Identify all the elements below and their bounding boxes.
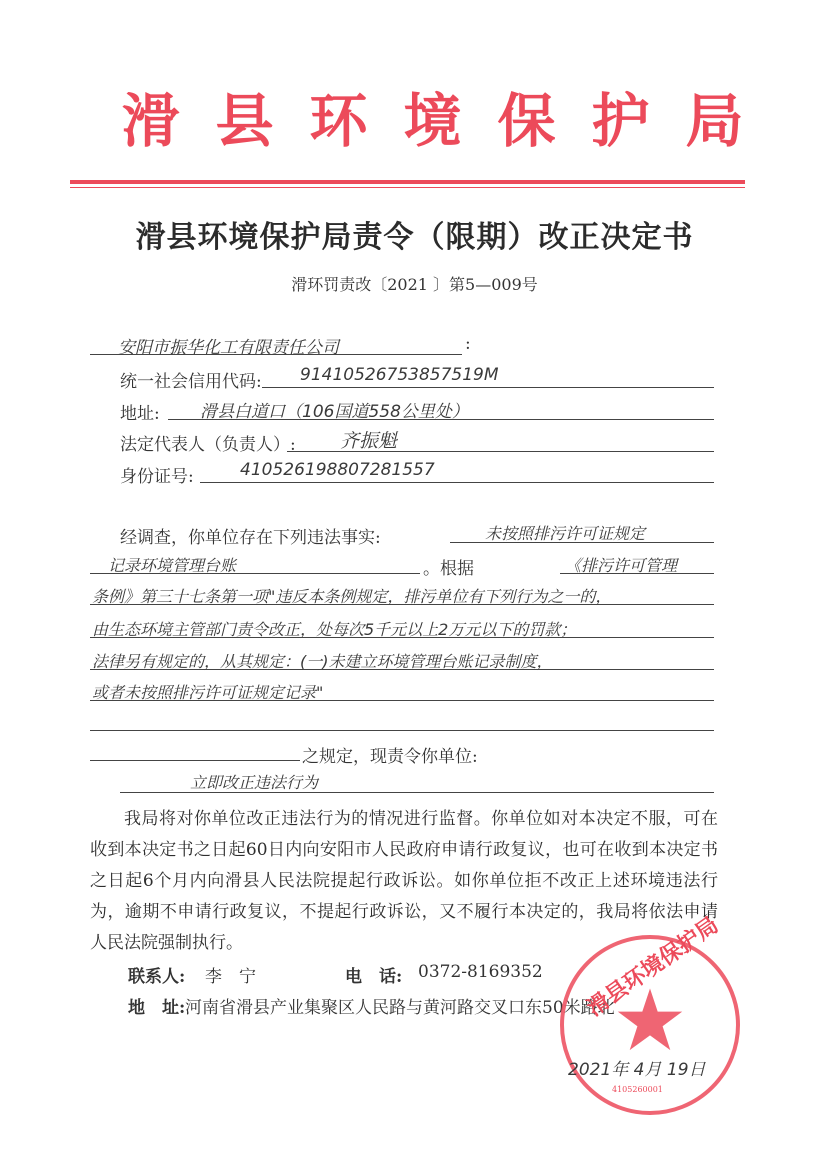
address-underline: [168, 419, 714, 420]
order-value: 立即改正违法行为: [190, 770, 318, 793]
order-label: 之规定，现责令你单位:: [302, 742, 478, 767]
contact-address-label: 地 址:: [128, 993, 185, 1018]
legal-rep-label: 法定代表人（负责人）:: [120, 430, 296, 455]
notice-paragraph: 我局将对你单位改正违法行为的情况进行监督。你单位如对本决定不服，可在收到本决定书…: [90, 804, 718, 959]
basis-underline-1: [560, 573, 714, 574]
contact-person-value: 李 宁: [205, 962, 256, 987]
findings-intro: 经调查，你单位存在下列违法事实:: [120, 523, 381, 548]
letterhead-divider-thin: [70, 187, 745, 188]
seal-code: 4105260001: [612, 1085, 663, 1094]
credit-code-value: 91410526753857519M: [300, 365, 499, 385]
legal-rep-value: 齐振魁: [340, 426, 397, 453]
basis-underline-7: [90, 760, 300, 761]
document-title: 滑县环境保护局责令（限期）改正决定书: [0, 212, 829, 256]
basis-underline-2: [90, 604, 714, 605]
company-colon: :: [465, 334, 471, 354]
basis-label: 。根据: [423, 554, 474, 579]
address-label: 地址:: [120, 399, 160, 424]
company-underline: [90, 354, 462, 355]
basis-underline-4: [90, 669, 714, 670]
basis-underline-5: [90, 700, 714, 701]
credit-code-label: 统一社会信用代码:: [120, 367, 262, 392]
letterhead-divider: [70, 180, 745, 184]
fact-underline-2: [90, 573, 420, 574]
id-number-label: 身份证号:: [120, 462, 194, 487]
contact-phone-value: 0372-8169352: [418, 962, 543, 982]
contact-address-value: 河南省滑县产业集聚区人民路与黄河路交叉口东50米路北: [185, 993, 615, 1018]
signature-date: 2021年 4月 19日: [568, 1055, 706, 1080]
contact-person-label: 联系人:: [128, 962, 185, 987]
legal-rep-underline: [287, 451, 714, 452]
document-number: 滑环罚责改〔2021 〕第5—009号: [0, 272, 829, 295]
letterhead-org-name: 滑县环境保护局: [0, 92, 829, 150]
basis-underline-3: [90, 637, 714, 638]
basis-underline-6: [90, 730, 714, 731]
id-number-underline: [200, 482, 714, 483]
violation-fact-line1: 未按照排污许可证规定: [485, 521, 645, 544]
id-number-value: 410526198807281557: [240, 460, 435, 480]
credit-code-underline: [262, 387, 714, 388]
contact-phone-label: 电 话:: [345, 962, 402, 987]
order-underline: [120, 792, 714, 793]
fact-underline-1: [450, 542, 714, 543]
